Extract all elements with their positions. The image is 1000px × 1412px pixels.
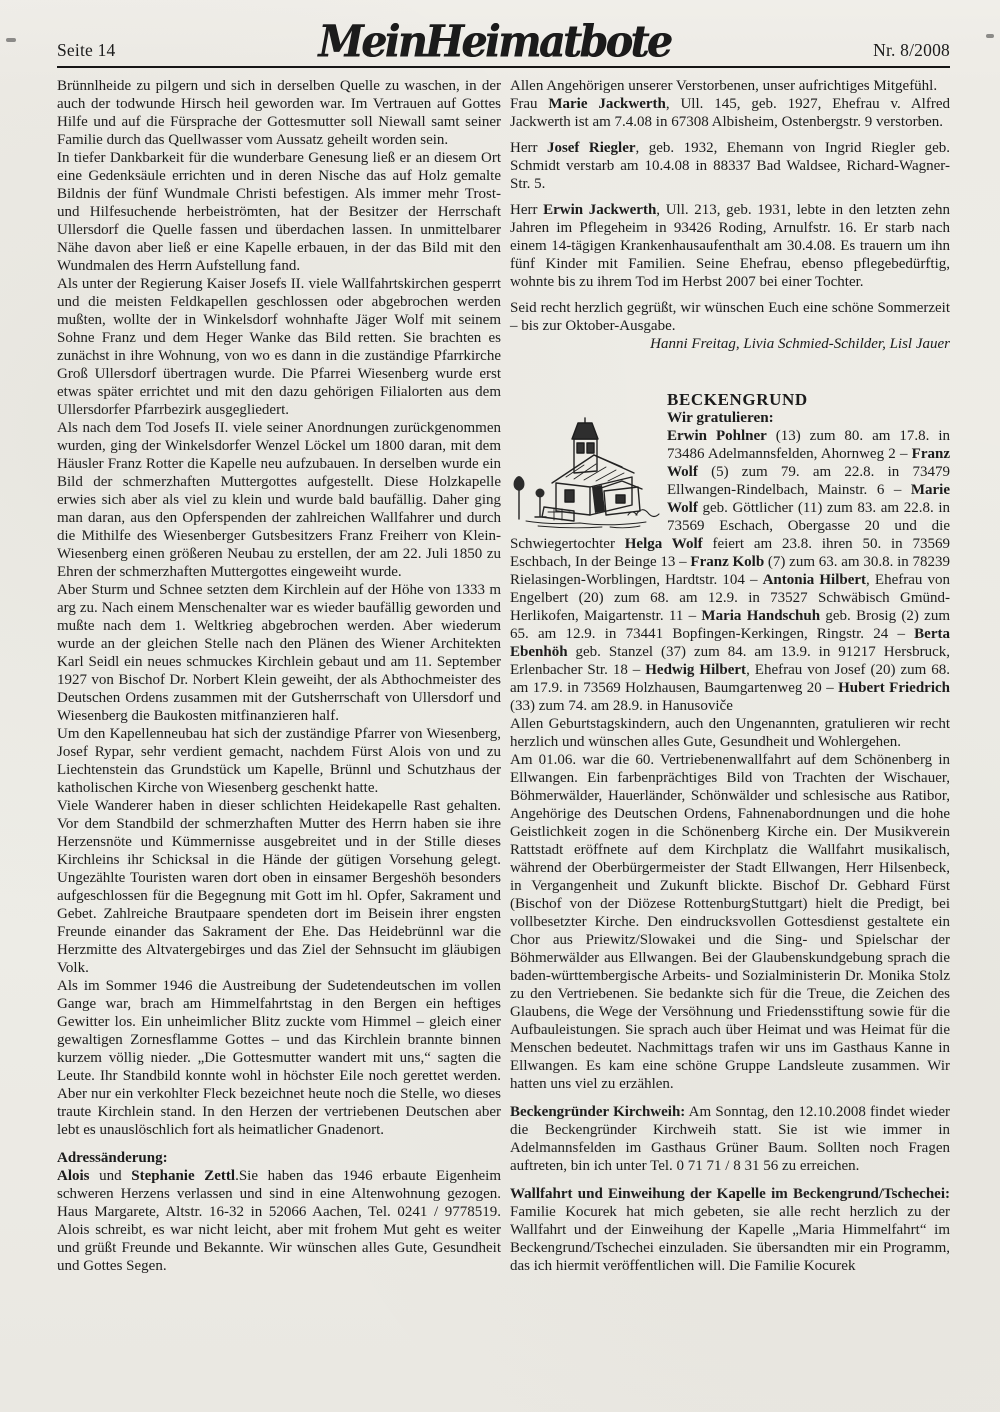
paragraph: Am 01.06. war die 60. Vertriebenenwallfa… (510, 751, 950, 1093)
paragraph: Herr Erwin Jackwerth, Ull. 213, geb. 193… (510, 201, 950, 291)
beckengrund-section: BECKENGRUND Wir gratulieren: Erwin Pohln… (510, 391, 950, 1275)
paragraph: Als unter der Regierung Kaiser Josefs II… (57, 275, 501, 419)
emphasized-text: Marie Jackwerth (548, 96, 665, 112)
body-text: Aber Sturm und Schnee setzten dem Kirchl… (57, 582, 501, 724)
scan-artifact (6, 38, 16, 42)
paragraph: Aber Sturm und Schnee setzten dem Kirchl… (57, 581, 501, 725)
body-text: Allen Geburtstagskindern, auch den Ungen… (510, 716, 950, 750)
article-columns: Brünnlheide zu pilgern und sich in derse… (57, 77, 950, 1275)
body-text: Allen Angehörigen unserer Verstorbenen, … (510, 78, 937, 94)
paragraph: Wallfahrt und Einweihung der Kapelle im … (510, 1185, 950, 1275)
paragraph: Brünnlheide zu pilgern und sich in derse… (57, 77, 501, 149)
emphasized-text: Wallfahrt und Einweihung der Kapelle im … (510, 1186, 950, 1202)
body-text: Um den Kapellenneubau hat sich der zustä… (57, 726, 501, 796)
paragraph: Allen Angehörigen unserer Verstorbenen, … (510, 77, 950, 95)
emphasized-text: Beckengründer Kirchweih: (510, 1104, 685, 1120)
church-illustration (510, 391, 667, 531)
masthead-title: MeinHeimatbote (318, 23, 670, 61)
emphasized-text: Alois (57, 1168, 90, 1184)
newspaper-page: Seite 14 MeinHeimatbote Nr. 8/2008 Brünn… (0, 0, 1000, 1412)
body-text: Hanni Freitag, Livia Schmied-Schilder, L… (650, 336, 950, 352)
scan-artifact (986, 34, 994, 38)
body-text: und (90, 1168, 132, 1184)
emphasized-text: Hubert Friedrich (838, 680, 950, 696)
paragraph: Herr Josef Riegler, geb. 1932, Ehemann v… (510, 139, 950, 193)
spire-roof (572, 423, 598, 439)
body-text: Am 01.06. war die 60. Vertriebenenwallfa… (510, 752, 950, 1092)
body-text: Frau (510, 96, 548, 112)
body-text: (5) zum 79. am 22.8. in 73479 Ellwangen-… (667, 464, 950, 498)
emphasized-text: Maria Handschuh (701, 608, 820, 624)
body-text: Herr (510, 140, 547, 156)
paragraph: Alois und Stephanie Zettl.Sie haben das … (57, 1167, 501, 1275)
page-header: Seite 14 MeinHeimatbote Nr. 8/2008 (57, 0, 950, 68)
paragraph: Seid recht herzlich gegrüßt, wir wünsche… (510, 299, 950, 335)
paragraph: Viele Wanderer haben in dieser schlichte… (57, 797, 501, 977)
paragraph: Um den Kapellenneubau hat sich der zustä… (57, 725, 501, 797)
body-text: Als nach dem Tod Josefs II. viele seiner… (57, 420, 501, 580)
obituaries-block: Allen Angehörigen unserer Verstorbenen, … (510, 77, 950, 353)
emphasized-text: Antonia Hilbert (763, 572, 866, 588)
paragraph: In tiefer Dankbarkeit für die wunderbare… (57, 149, 501, 275)
body-text: Seid recht herzlich gegrüßt, wir wünsche… (510, 300, 950, 334)
body-text: Viele Wanderer haben in dieser schlichte… (57, 798, 501, 976)
emphasized-text: Adressänderung: (57, 1150, 168, 1166)
paragraph: Beckengründer Kirchweih: Am Sonntag, den… (510, 1103, 950, 1175)
body-text: Brünnlheide zu pilgern und sich in derse… (57, 78, 501, 148)
right-column: Allen Angehörigen unserer Verstorbenen, … (510, 77, 950, 1275)
emphasized-text: Franz Kolb (690, 554, 764, 570)
issue-number-label: Nr. 8/2008 (873, 40, 950, 61)
left-column: Brünnlheide zu pilgern und sich in derse… (57, 77, 501, 1275)
body-text: In tiefer Dankbarkeit für die wunderbare… (57, 150, 501, 274)
paragraph: Als im Sommer 1946 die Austreibung der S… (57, 977, 501, 1139)
paragraph: Adressänderung: (57, 1149, 501, 1167)
paragraph: Allen Geburtstagskindern, auch den Ungen… (510, 715, 950, 751)
page-number-label: Seite 14 (57, 40, 115, 61)
body-text: Als unter der Regierung Kaiser Josefs II… (57, 276, 501, 418)
body-text: (33) zum 74. am 28.9. in Hanusoviče (510, 698, 733, 714)
paragraph: Frau Marie Jackwerth, Ull. 145, geb. 192… (510, 95, 950, 131)
emphasized-text: Erwin Pohlner (667, 428, 767, 444)
emphasized-text: Erwin Jackwerth (543, 202, 656, 218)
body-text: Herr (510, 202, 543, 218)
emphasized-text: Hedwig Hilbert (645, 662, 746, 678)
emphasized-text: Helga Wolf (625, 536, 703, 552)
paragraph: Als nach dem Tod Josefs II. viele seiner… (57, 419, 501, 581)
body-text: Als im Sommer 1946 die Austreibung der S… (57, 978, 501, 1138)
emphasized-text: Stephanie Zettl (131, 1168, 235, 1184)
emphasized-text: Josef Riegler (547, 140, 636, 156)
body-text: Familie Kocurek hat mich gebeten, sie al… (510, 1204, 950, 1274)
birthdays-block: Erwin Pohlner (13) zum 80. am 17.8. in 7… (510, 427, 950, 1275)
paragraph: Hanni Freitag, Livia Schmied-Schilder, L… (510, 335, 950, 353)
